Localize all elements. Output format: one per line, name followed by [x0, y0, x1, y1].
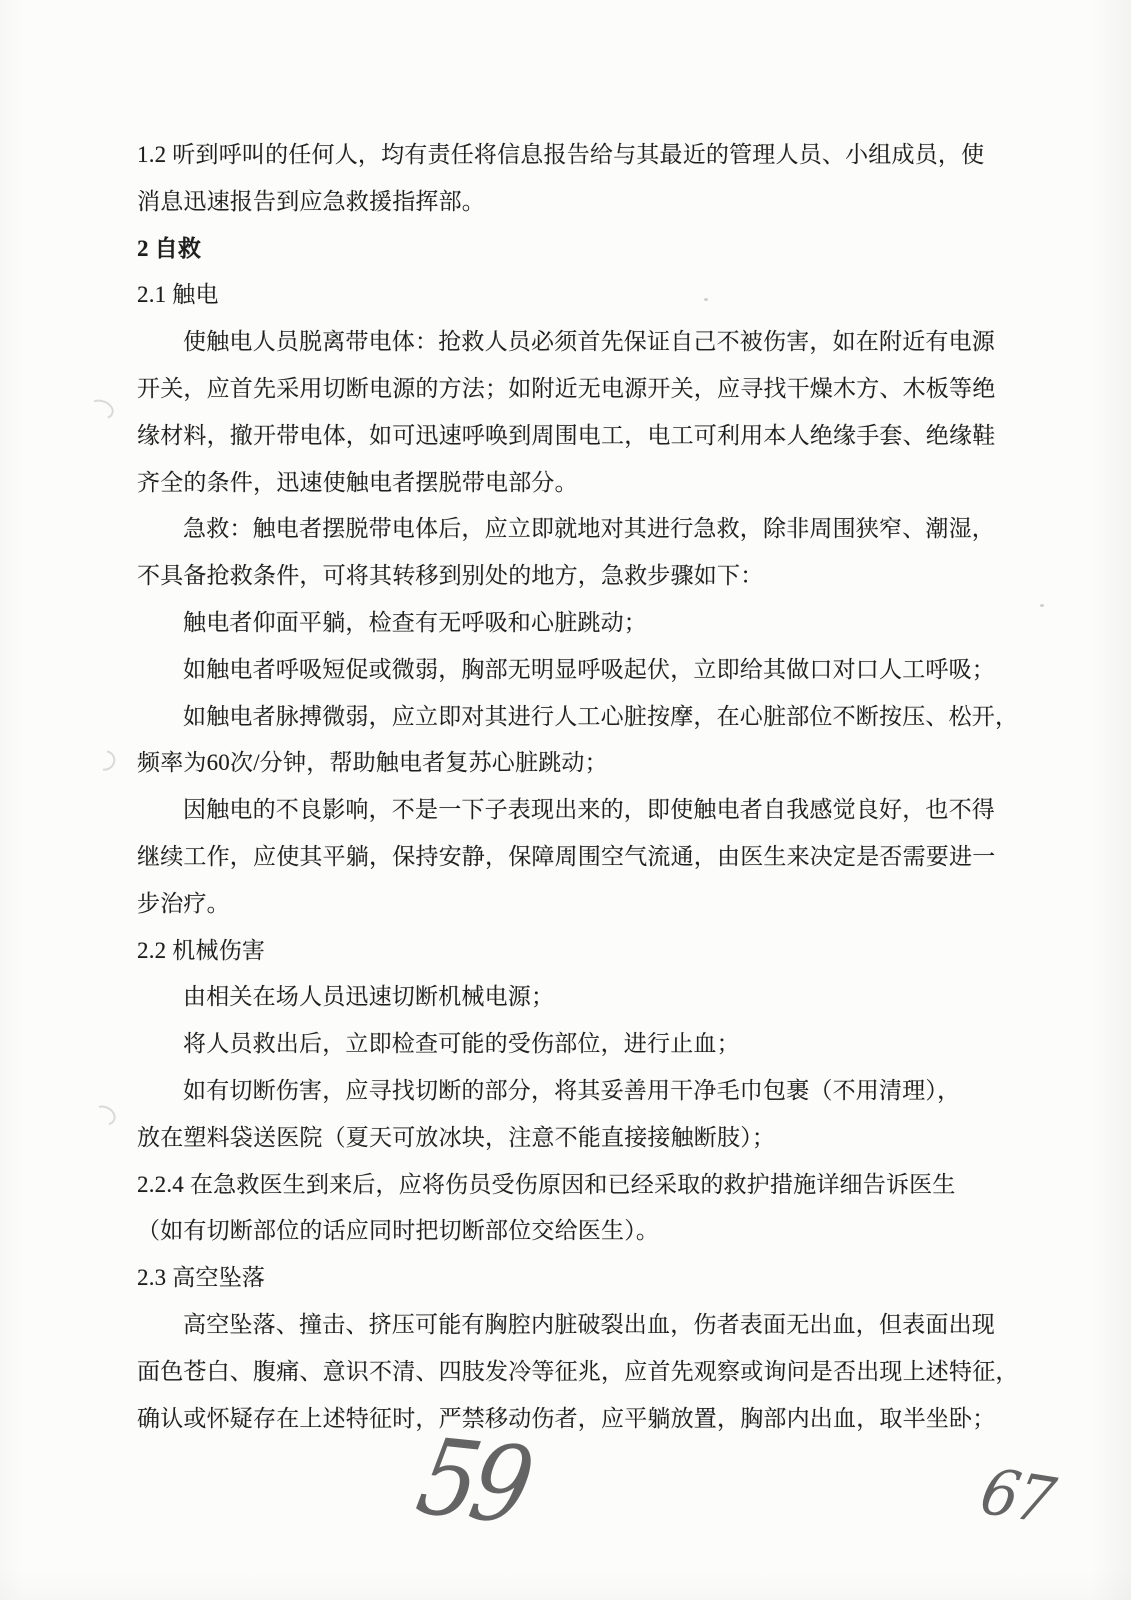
- handwritten-page-number-right: 67: [974, 1454, 1059, 1538]
- text-line: 如触电者脉搏微弱，应立即对其进行人工心脏按摩，在心脏部位不断按压、松开，: [137, 694, 989, 741]
- text-line: 开关，应首先采用切断电源的方法；如附近无电源开关，应寻找干燥木方、木板等绝: [137, 366, 989, 413]
- scan-speck: [1040, 604, 1044, 607]
- text-line: 由相关在场人员迅速切断机械电源；: [137, 974, 989, 1021]
- scan-artifact-mark: [89, 1102, 119, 1129]
- section-heading-line: 2 自救: [137, 226, 989, 273]
- text-line: 2.2 机械伤害: [137, 928, 989, 975]
- text-line: 不具备抢救条件，可将其转移到别处的地方，急救步骤如下：: [137, 553, 989, 600]
- text-line: 缘材料，撤开带电体，如可迅速呼唤到周围电工，电工可利用本人绝缘手套、绝缘鞋: [137, 413, 989, 460]
- scanned-document-page: { "document": { "language": "zh-CN", "li…: [0, 0, 1131, 1600]
- text-line: 继续工作，应使其平躺，保持安静，保障周围空气流通，由医生来决定是否需要进一: [137, 834, 989, 881]
- text-line: 频率为60次/分钟，帮助触电者复苏心脏跳动；: [137, 740, 989, 787]
- text-line: 1.2 听到呼叫的任何人，均有责任将信息报告给与其最近的管理人员、小组成员，使: [137, 132, 989, 179]
- text-line: 步治疗。: [137, 881, 989, 928]
- text-line: 确认或怀疑存在上述特征时，严禁移动伤者，应平躺放置，胸部内出血，取半坐卧；: [137, 1396, 989, 1443]
- text-line: 2.2.4 在急救医生到来后，应将伤员受伤原因和已经采取的救护措施详细告诉医生: [137, 1162, 989, 1209]
- text-line: 如有切断伤害，应寻找切断的部分，将其妥善用干净毛巾包裹（不用清理），: [137, 1068, 989, 1115]
- document-text-block: 1.2 听到呼叫的任何人，均有责任将信息报告给与其最近的管理人员、小组成员，使消…: [137, 132, 989, 1442]
- text-line: 2.1 触电: [137, 272, 989, 319]
- text-line: 面色苍白、腹痛、意识不清、四肢发冷等征兆，应首先观察或询问是否出现上述特征，: [137, 1349, 989, 1396]
- text-line: （如有切断部位的话应同时把切断部位交给医生）。: [137, 1208, 989, 1255]
- text-line: 2.3 高空坠落: [137, 1255, 989, 1302]
- text-line: 放在塑料袋送医院（夏天可放冰块，注意不能直接接触断肢）；: [137, 1115, 989, 1162]
- text-line: 使触电人员脱离带电体：抢救人员必须首先保证自己不被伤害，如在附近有电源: [137, 319, 989, 366]
- text-line: 如触电者呼吸短促或微弱，胸部无明显呼吸起伏，立即给其做口对口人工呼吸；: [137, 647, 989, 694]
- text-line: 消息迅速报告到应急救援指挥部。: [137, 179, 989, 226]
- text-line: 高空坠落、撞击、挤压可能有胸腔内脏破裂出血，伤者表面无出血，但表面出现: [137, 1302, 989, 1349]
- text-line: 将人员救出后，立即检查可能的受伤部位，进行止血；: [137, 1021, 989, 1068]
- text-line: 急救：触电者摆脱带电体后，应立即就地对其进行急救，除非周围狭窄、潮湿，: [137, 506, 989, 553]
- text-line: 因触电的不良影响，不是一下子表现出来的，即使触电者自我感觉良好，也不得: [137, 787, 989, 834]
- text-line: 触电者仰面平躺，检查有无呼吸和心脏跳动；: [137, 600, 989, 647]
- text-line: 齐全的条件，迅速使触电者摆脱带电部分。: [137, 460, 989, 507]
- scan-artifact-mark: [91, 746, 120, 774]
- scan-artifact-mark: [86, 396, 117, 422]
